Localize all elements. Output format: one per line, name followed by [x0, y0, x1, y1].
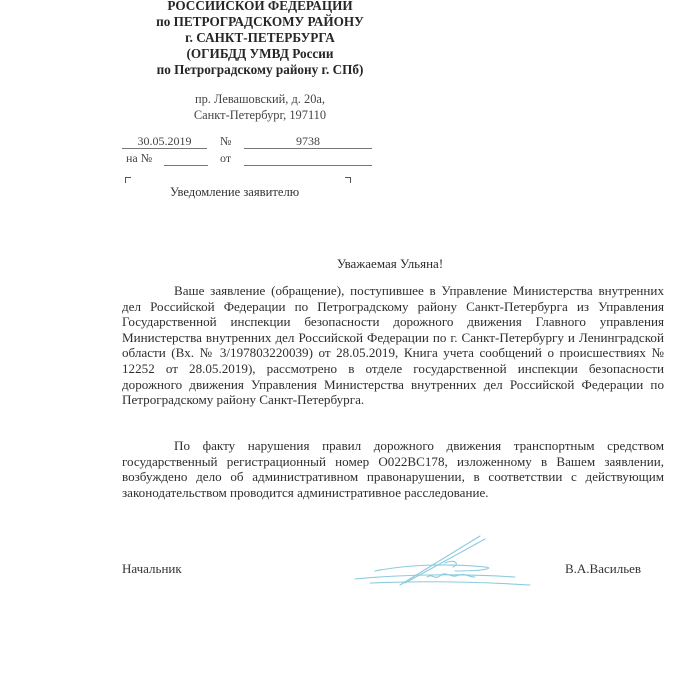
corner-mark-left [125, 177, 131, 183]
salutation: Уважаемая Ульяна! [110, 256, 670, 272]
address-street: пр. Левашовский, д. 20а, [110, 92, 410, 108]
paragraph-2: По факту нарушения правил дорожного движ… [122, 438, 664, 500]
corner-mark-right [345, 177, 351, 183]
registration-block: 30.05.2019 № 9738 на № от [122, 134, 362, 168]
registration-row-reference: на № от [122, 151, 362, 168]
signatory-title: Начальник [122, 561, 182, 577]
paragraph-text: По факту нарушения правил дорожного движ… [122, 438, 664, 500]
number-label: № [220, 134, 231, 148]
paragraph-1: Ваше заявление (обращение), поступившее … [122, 283, 664, 408]
paragraph-text: Ваше заявление (обращение), поступившее … [122, 283, 664, 408]
from-label: от [220, 151, 231, 165]
ref-number-label: на № [126, 151, 152, 165]
header-line: (ОГИБДД УМВД России [110, 46, 410, 62]
header-line: РОССИЙСКОЙ ФЕДЕРАЦИИ [110, 0, 410, 14]
outgoing-date: 30.05.2019 [122, 134, 207, 149]
notice-title: Уведомление заявителю [170, 185, 299, 200]
from-date-field [244, 151, 372, 166]
header-line: по Петроградскому району г. СПб) [110, 62, 410, 78]
header-line: по ПЕТРОГРАДСКОМУ РАЙОНУ [110, 14, 410, 30]
agency-address: пр. Левашовский, д. 20а, Санкт-Петербург… [110, 92, 410, 123]
ref-number-field [164, 151, 208, 166]
signatory-name: В.А.Васильев [565, 561, 641, 577]
handwritten-signature-icon [335, 533, 535, 593]
header-line: г. САНКТ-ПЕТЕРБУРГА [110, 30, 410, 46]
address-city: Санкт-Петербург, 197110 [110, 108, 410, 124]
agency-header: ДЕЛ РОССИЙСКОЙ ФЕДЕРАЦИИ по ПЕТРОГРАДСКО… [110, 0, 410, 78]
outgoing-number: 9738 [244, 134, 372, 149]
registration-row-outgoing: 30.05.2019 № 9738 [122, 134, 362, 151]
